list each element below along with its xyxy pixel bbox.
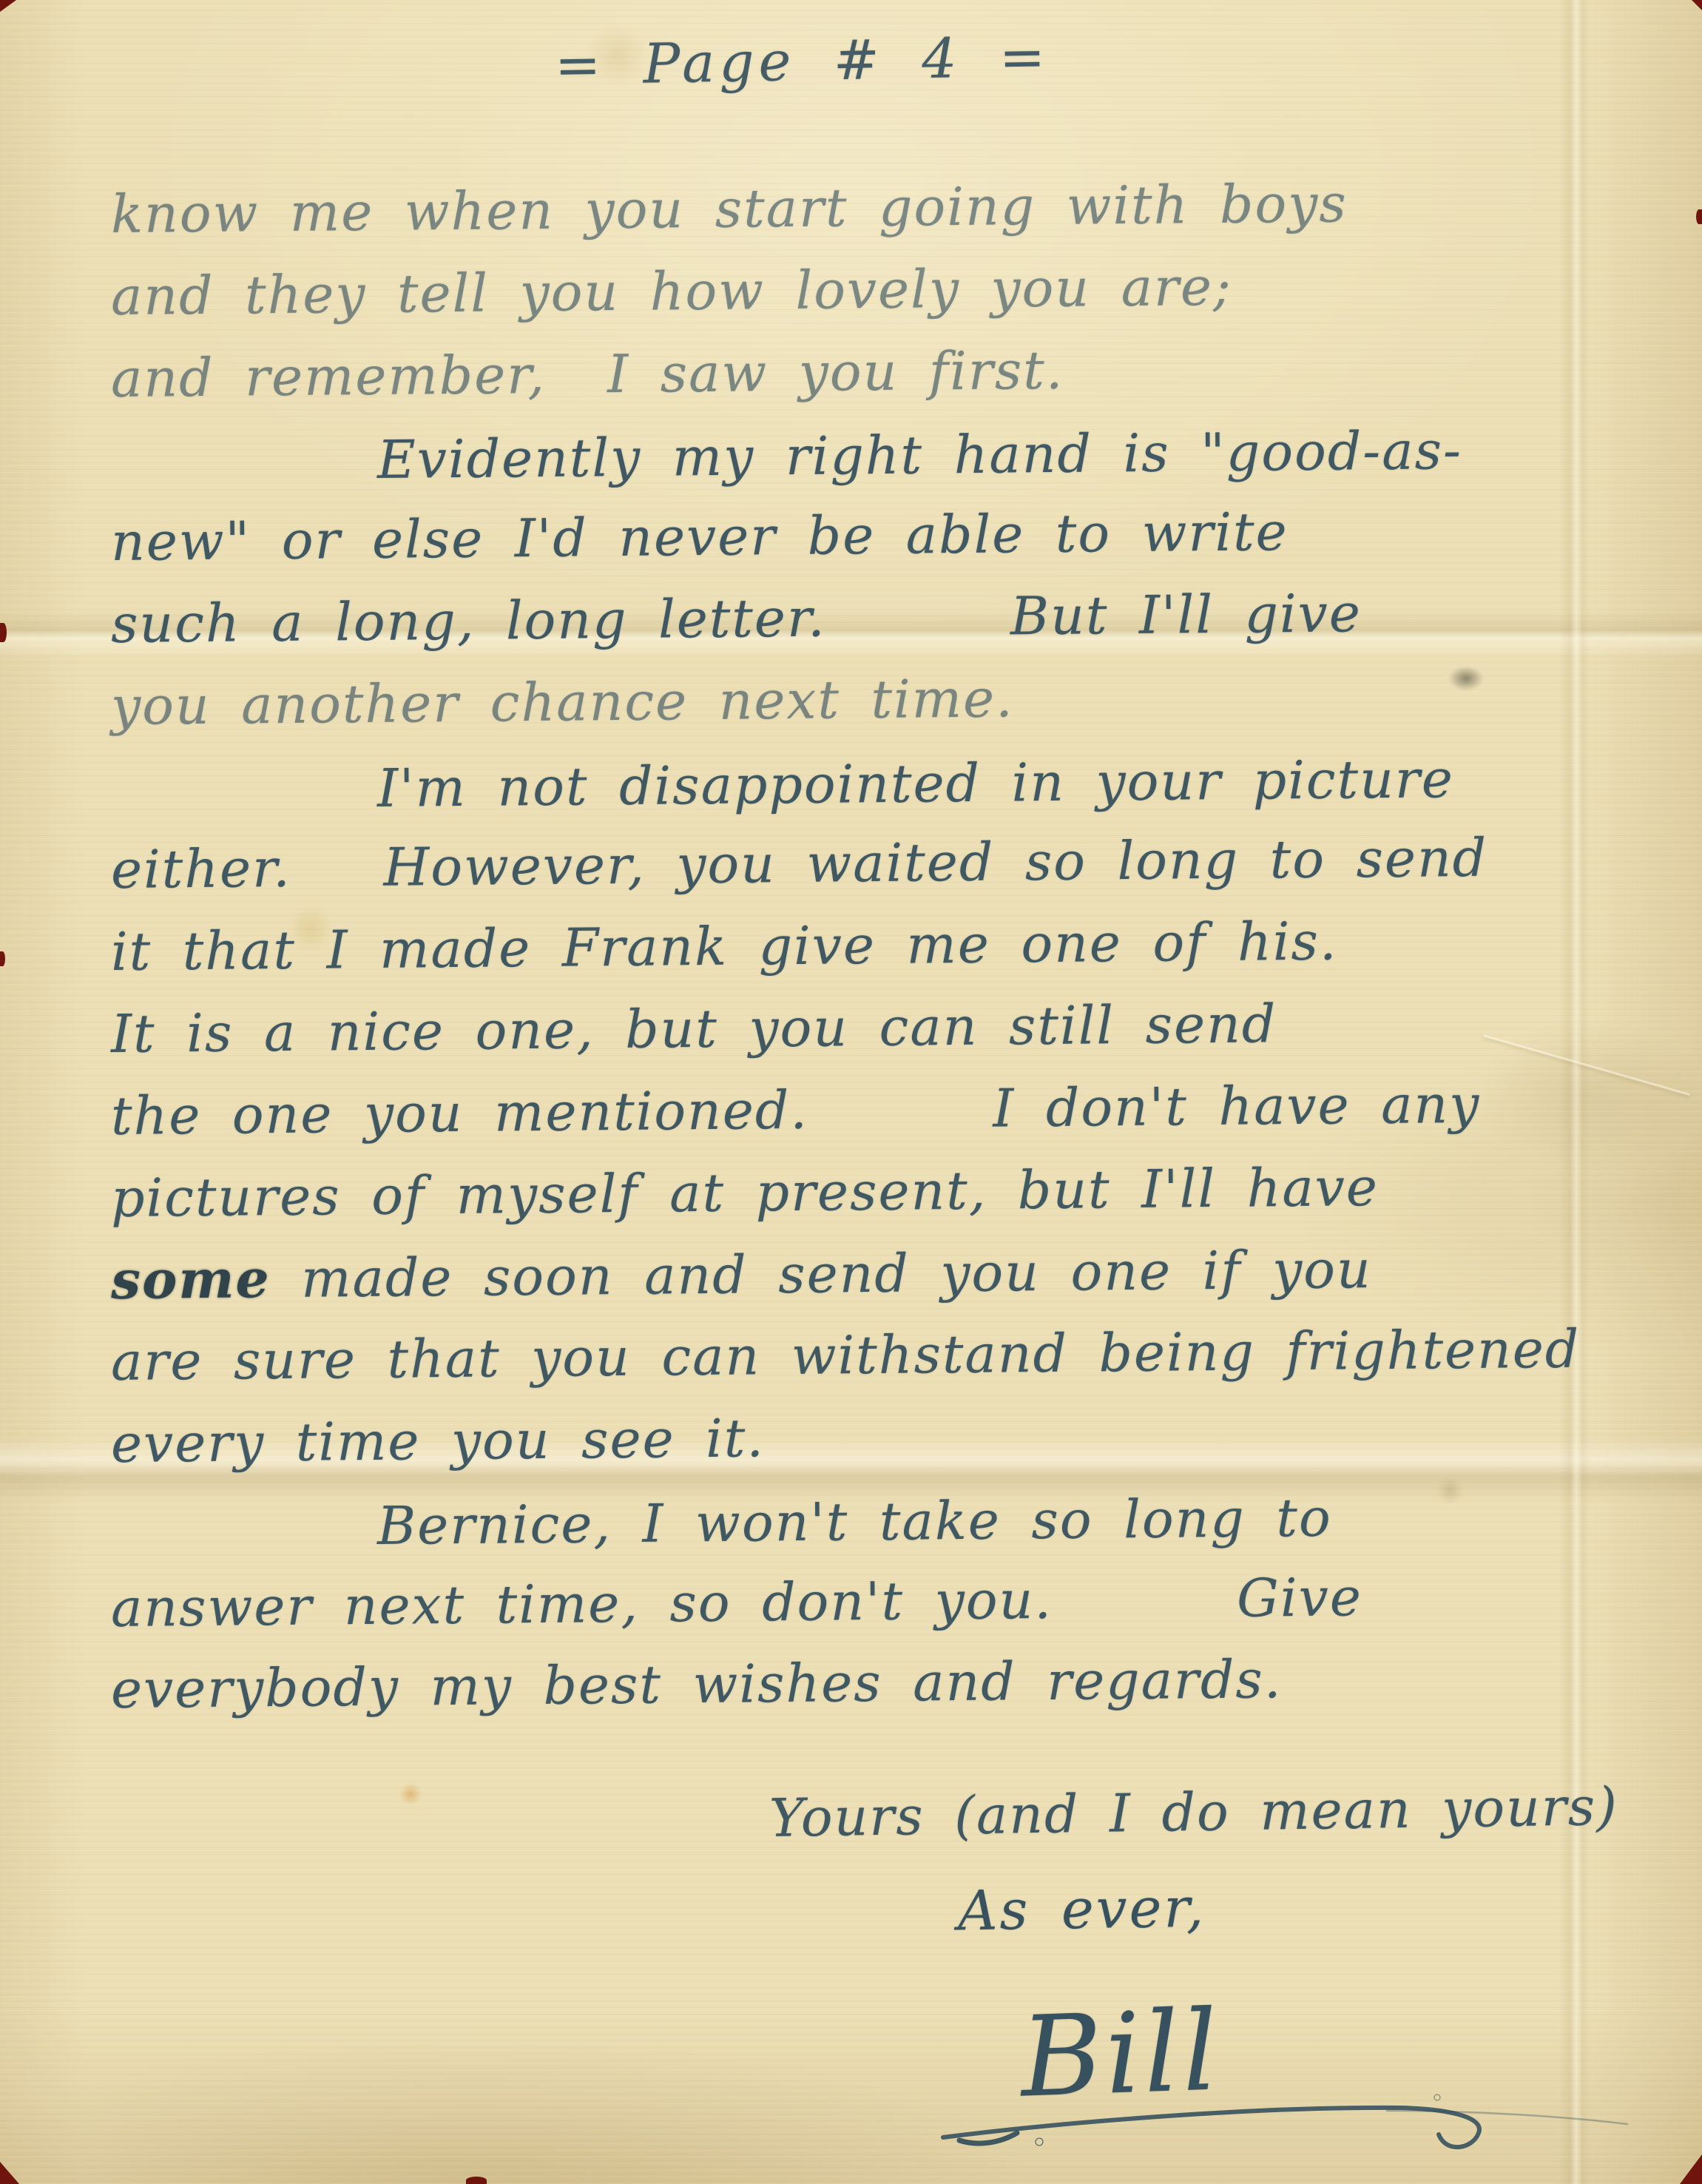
signature-flourish	[928, 2083, 1638, 2179]
letter-line: everybody my best wishes and regards.	[111, 1648, 1283, 1720]
letter-line: such a long, long letter. But I'll give	[111, 582, 1362, 655]
scan-edge-speck	[0, 951, 5, 966]
scan-edge-speck	[1692, 0, 1702, 10]
letter-line: you another chance next time.	[111, 667, 1014, 737]
letter-line: Bernice, I won't take so long to	[377, 1487, 1332, 1557]
scan-edge-speck	[1680, 2154, 1702, 2184]
letter-line: answer next time, so don't you. Give	[111, 1566, 1362, 1639]
letter-line: and they tell you how lovely you are;	[111, 256, 1233, 327]
letter-line: it that I made Frank give me one of his.	[111, 911, 1338, 983]
letter-line: are sure that you can withstand being fr…	[111, 1318, 1581, 1392]
letter-line: the one you mentioned. I don't have any	[111, 1074, 1481, 1147]
closing-as-ever: As ever,	[957, 1876, 1206, 1944]
scan-edge-speck	[466, 2177, 487, 2184]
scan-edge-speck	[0, 623, 7, 642]
fold-crease-vertical	[1559, 0, 1590, 2184]
letter-line: every time you see it.	[111, 1407, 766, 1474]
letter-line: some made soon and send you one if you	[111, 1238, 1372, 1311]
letter-line: know me when you start going with boys	[111, 172, 1348, 245]
letter-scan: { "page": { "header": "= Page # 4 =", "p…	[0, 0, 1702, 2184]
closing-yours: Yours (and I do mean yours)	[769, 1776, 1618, 1849]
letter-line: pictures of myself at present, but I'll …	[111, 1156, 1380, 1229]
scan-edge-speck	[0, 2162, 19, 2184]
letter-line: and remember, I saw you first.	[111, 340, 1064, 409]
scan-edge-speck	[0, 0, 16, 12]
letter-line: I'm not disappointed in your picture	[377, 748, 1455, 819]
letter-line: new" or else I'd never be able to write	[111, 501, 1289, 573]
page-number-header: = Page # 4 =	[554, 25, 1050, 98]
ink-smudge	[1448, 666, 1484, 691]
letter-paper: = Page # 4 = know me when you start goin…	[0, 0, 1702, 2184]
letter-line: It is a nice one, but you can still send	[111, 993, 1277, 1065]
letter-line: either. However, you waited so long to s…	[111, 827, 1488, 900]
scan-edge-speck	[1696, 209, 1702, 224]
overwritten-word: some	[111, 1247, 271, 1311]
crinkle-highlight	[1483, 1034, 1690, 1096]
letter-line: Evidently my right hand is "good-as-	[377, 419, 1463, 491]
